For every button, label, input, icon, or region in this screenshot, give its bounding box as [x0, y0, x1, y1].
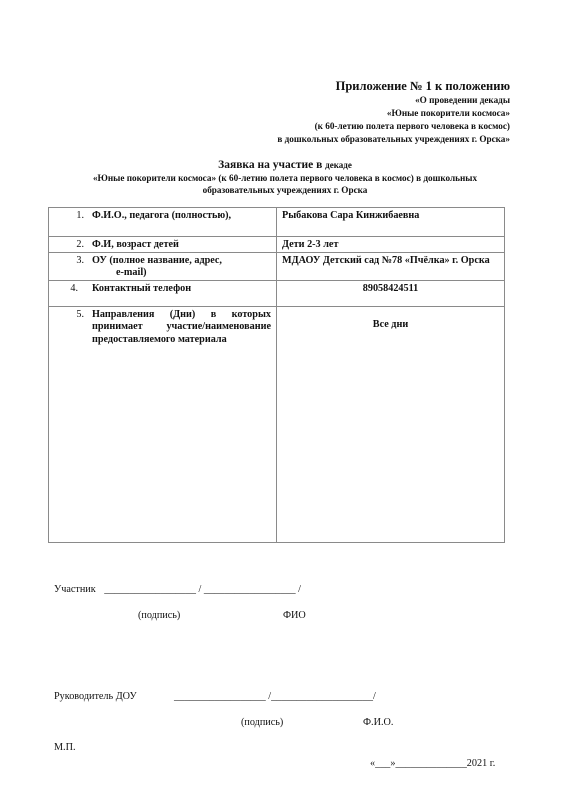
field-label: Контактный телефон — [92, 283, 191, 294]
field-label-cell: 1.Ф.И.О., педагога (полностью), — [49, 208, 277, 237]
title-small: декаде — [325, 160, 352, 170]
appendix-line: «О проведении декады — [110, 94, 510, 107]
participant-name-caption: ФИО — [283, 609, 306, 622]
row-number: 3. — [54, 255, 84, 268]
row-number: 4. — [54, 283, 78, 296]
field-value-cell[interactable]: Дети 2-3 лет — [277, 237, 505, 253]
table-row: 4.Контактный телефон 89058424511 — [49, 280, 505, 306]
row-number: 2. — [54, 239, 84, 252]
field-label-cell: 4.Контактный телефон — [49, 280, 277, 306]
application-subtitle: образовательных учреждениях г. Орска — [60, 184, 510, 196]
field-value-cell[interactable]: Рыбакова Сара Кинжибаевна — [277, 208, 505, 237]
field-value-cell[interactable]: 89058424511 — [277, 280, 505, 306]
table-row: 5. Направления (Дни) в которых принимает… — [49, 306, 505, 543]
application-form-table: 1.Ф.И.О., педагога (полностью), Рыбакова… — [48, 207, 505, 543]
institution-value: МДАОУ Детский сад №78 «Пчёлка» г. Орска — [282, 255, 490, 266]
table-row: 3.ОУ (полное название, адрес,e-mail) МДА… — [49, 252, 505, 280]
application-subtitle: «Юные покорители космоса» (к 60-летию по… — [60, 172, 510, 184]
field-value-cell[interactable]: Все дни — [277, 306, 505, 543]
field-label-cell: 2.Ф.И, возраст детей — [49, 237, 277, 253]
teacher-name-value: Рыбакова Сара Кинжибаевна — [282, 210, 419, 221]
appendix-line: в дошкольных образовательных учреждениях… — [110, 133, 510, 146]
field-label-continued: e-mail) — [54, 267, 271, 280]
field-label: Направления (Дни) в которых принимает уч… — [54, 309, 271, 347]
title-main: Заявка на участие в — [218, 159, 325, 171]
row-number: 1. — [54, 210, 84, 223]
field-label: Ф.И.О., педагога (полностью), — [92, 210, 231, 221]
appendix-line: «Юные покорители космоса» — [110, 107, 510, 120]
appendix-title: Приложение № 1 к положению — [110, 78, 510, 94]
field-label: Ф.И, возраст детей — [92, 239, 179, 250]
participant-sign-caption: (подпись) — [138, 609, 180, 622]
field-value-cell[interactable]: МДАОУ Детский сад №78 «Пчёлка» г. Орска — [277, 252, 505, 280]
participant-signature-row: Участник __________________ / __________… — [54, 583, 301, 596]
field-label-cell: 3.ОУ (полное название, адрес,e-mail) — [49, 252, 277, 280]
application-title: Заявка на участие в декаде — [60, 158, 510, 172]
head-label: Руководитель ДОУ — [54, 690, 137, 703]
head-signature-line[interactable]: __________________ /____________________… — [174, 690, 376, 703]
children-age-value: Дети 2-3 лет — [282, 239, 338, 250]
head-sign-caption: (подпись) — [241, 716, 283, 729]
participant-signature-line[interactable]: __________________ / __________________ … — [104, 584, 301, 595]
field-label-cell: 5. Направления (Дни) в которых принимает… — [49, 306, 277, 543]
appendix-header: Приложение № 1 к положению «О проведении… — [110, 78, 510, 146]
head-name-caption: Ф.И.О. — [363, 716, 393, 729]
directions-value: Все дни — [373, 319, 408, 330]
stamp-placeholder: М.П. — [54, 741, 76, 754]
application-heading: Заявка на участие в декаде «Юные покорит… — [60, 158, 510, 196]
field-label: ОУ (полное название, адрес, — [92, 255, 222, 266]
appendix-line: (к 60-летию полета первого человека в ко… — [110, 120, 510, 133]
table-row: 2.Ф.И, возраст детей Дети 2-3 лет — [49, 237, 505, 253]
date-line[interactable]: «___»______________2021 г. — [370, 757, 495, 770]
participant-label: Участник — [54, 584, 96, 595]
phone-value: 89058424511 — [363, 283, 418, 294]
table-row: 1.Ф.И.О., педагога (полностью), Рыбакова… — [49, 208, 505, 237]
row-number: 5. — [54, 309, 84, 322]
